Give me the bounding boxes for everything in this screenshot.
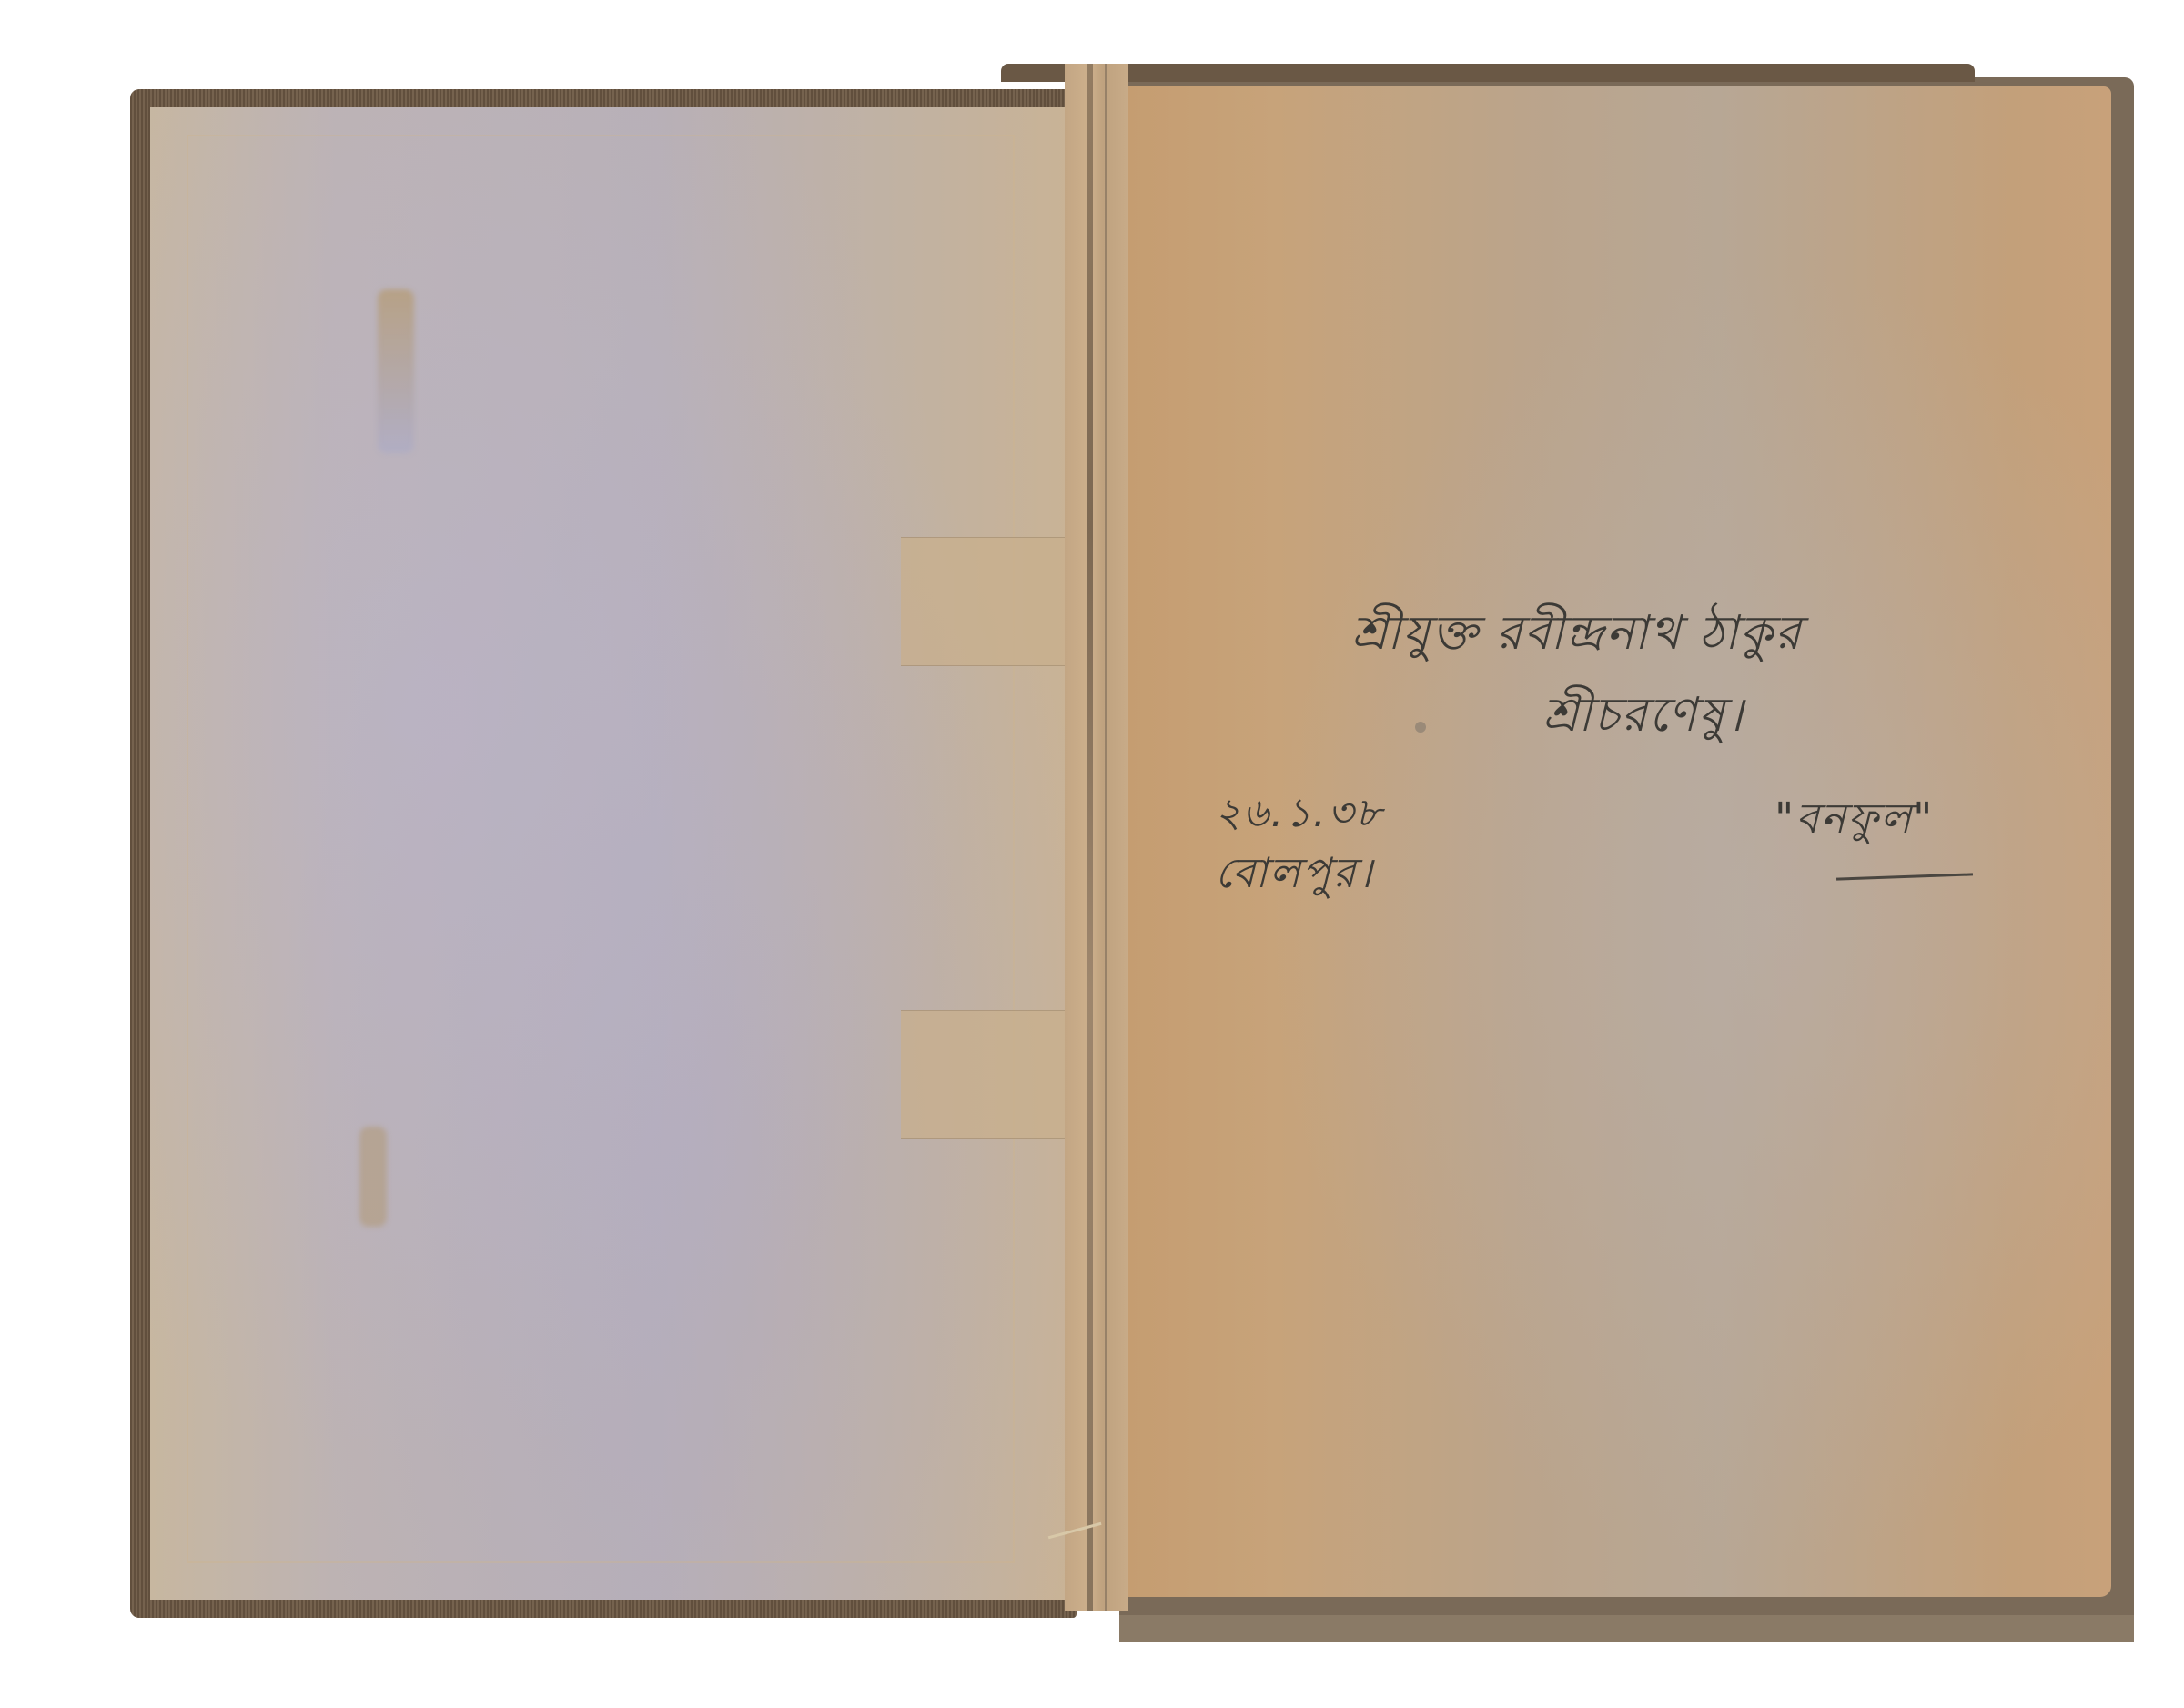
- gutter-crease: [1087, 64, 1093, 1611]
- inscription-salutation: শ্রীচরণেষু।: [1542, 678, 1744, 757]
- endpaper-border: [187, 135, 1015, 1563]
- inscription-place: বোলপুর।: [1215, 842, 1374, 911]
- inscription-signature: "বনফুল": [1774, 787, 1934, 856]
- gutter-crease: [1105, 64, 1107, 1611]
- water-stain: [378, 289, 414, 453]
- inscription-recipient: শ্রীযুক্ত রবীন্দ্রনাথ ঠাকুর: [1351, 596, 1803, 675]
- water-stain: [359, 1127, 387, 1227]
- spine-gutter: [1065, 64, 1128, 1611]
- hinge-tape-lower: [901, 1010, 1074, 1139]
- spine-top-cloth: [1001, 64, 1975, 82]
- hinge-tape-upper: [901, 537, 1074, 666]
- paper-spot: [1415, 722, 1426, 733]
- page-block-bottom: [1119, 1615, 2134, 1642]
- inscription-date: ২৬.১.৩৮: [1215, 783, 1383, 849]
- left-endpaper: [150, 107, 1069, 1600]
